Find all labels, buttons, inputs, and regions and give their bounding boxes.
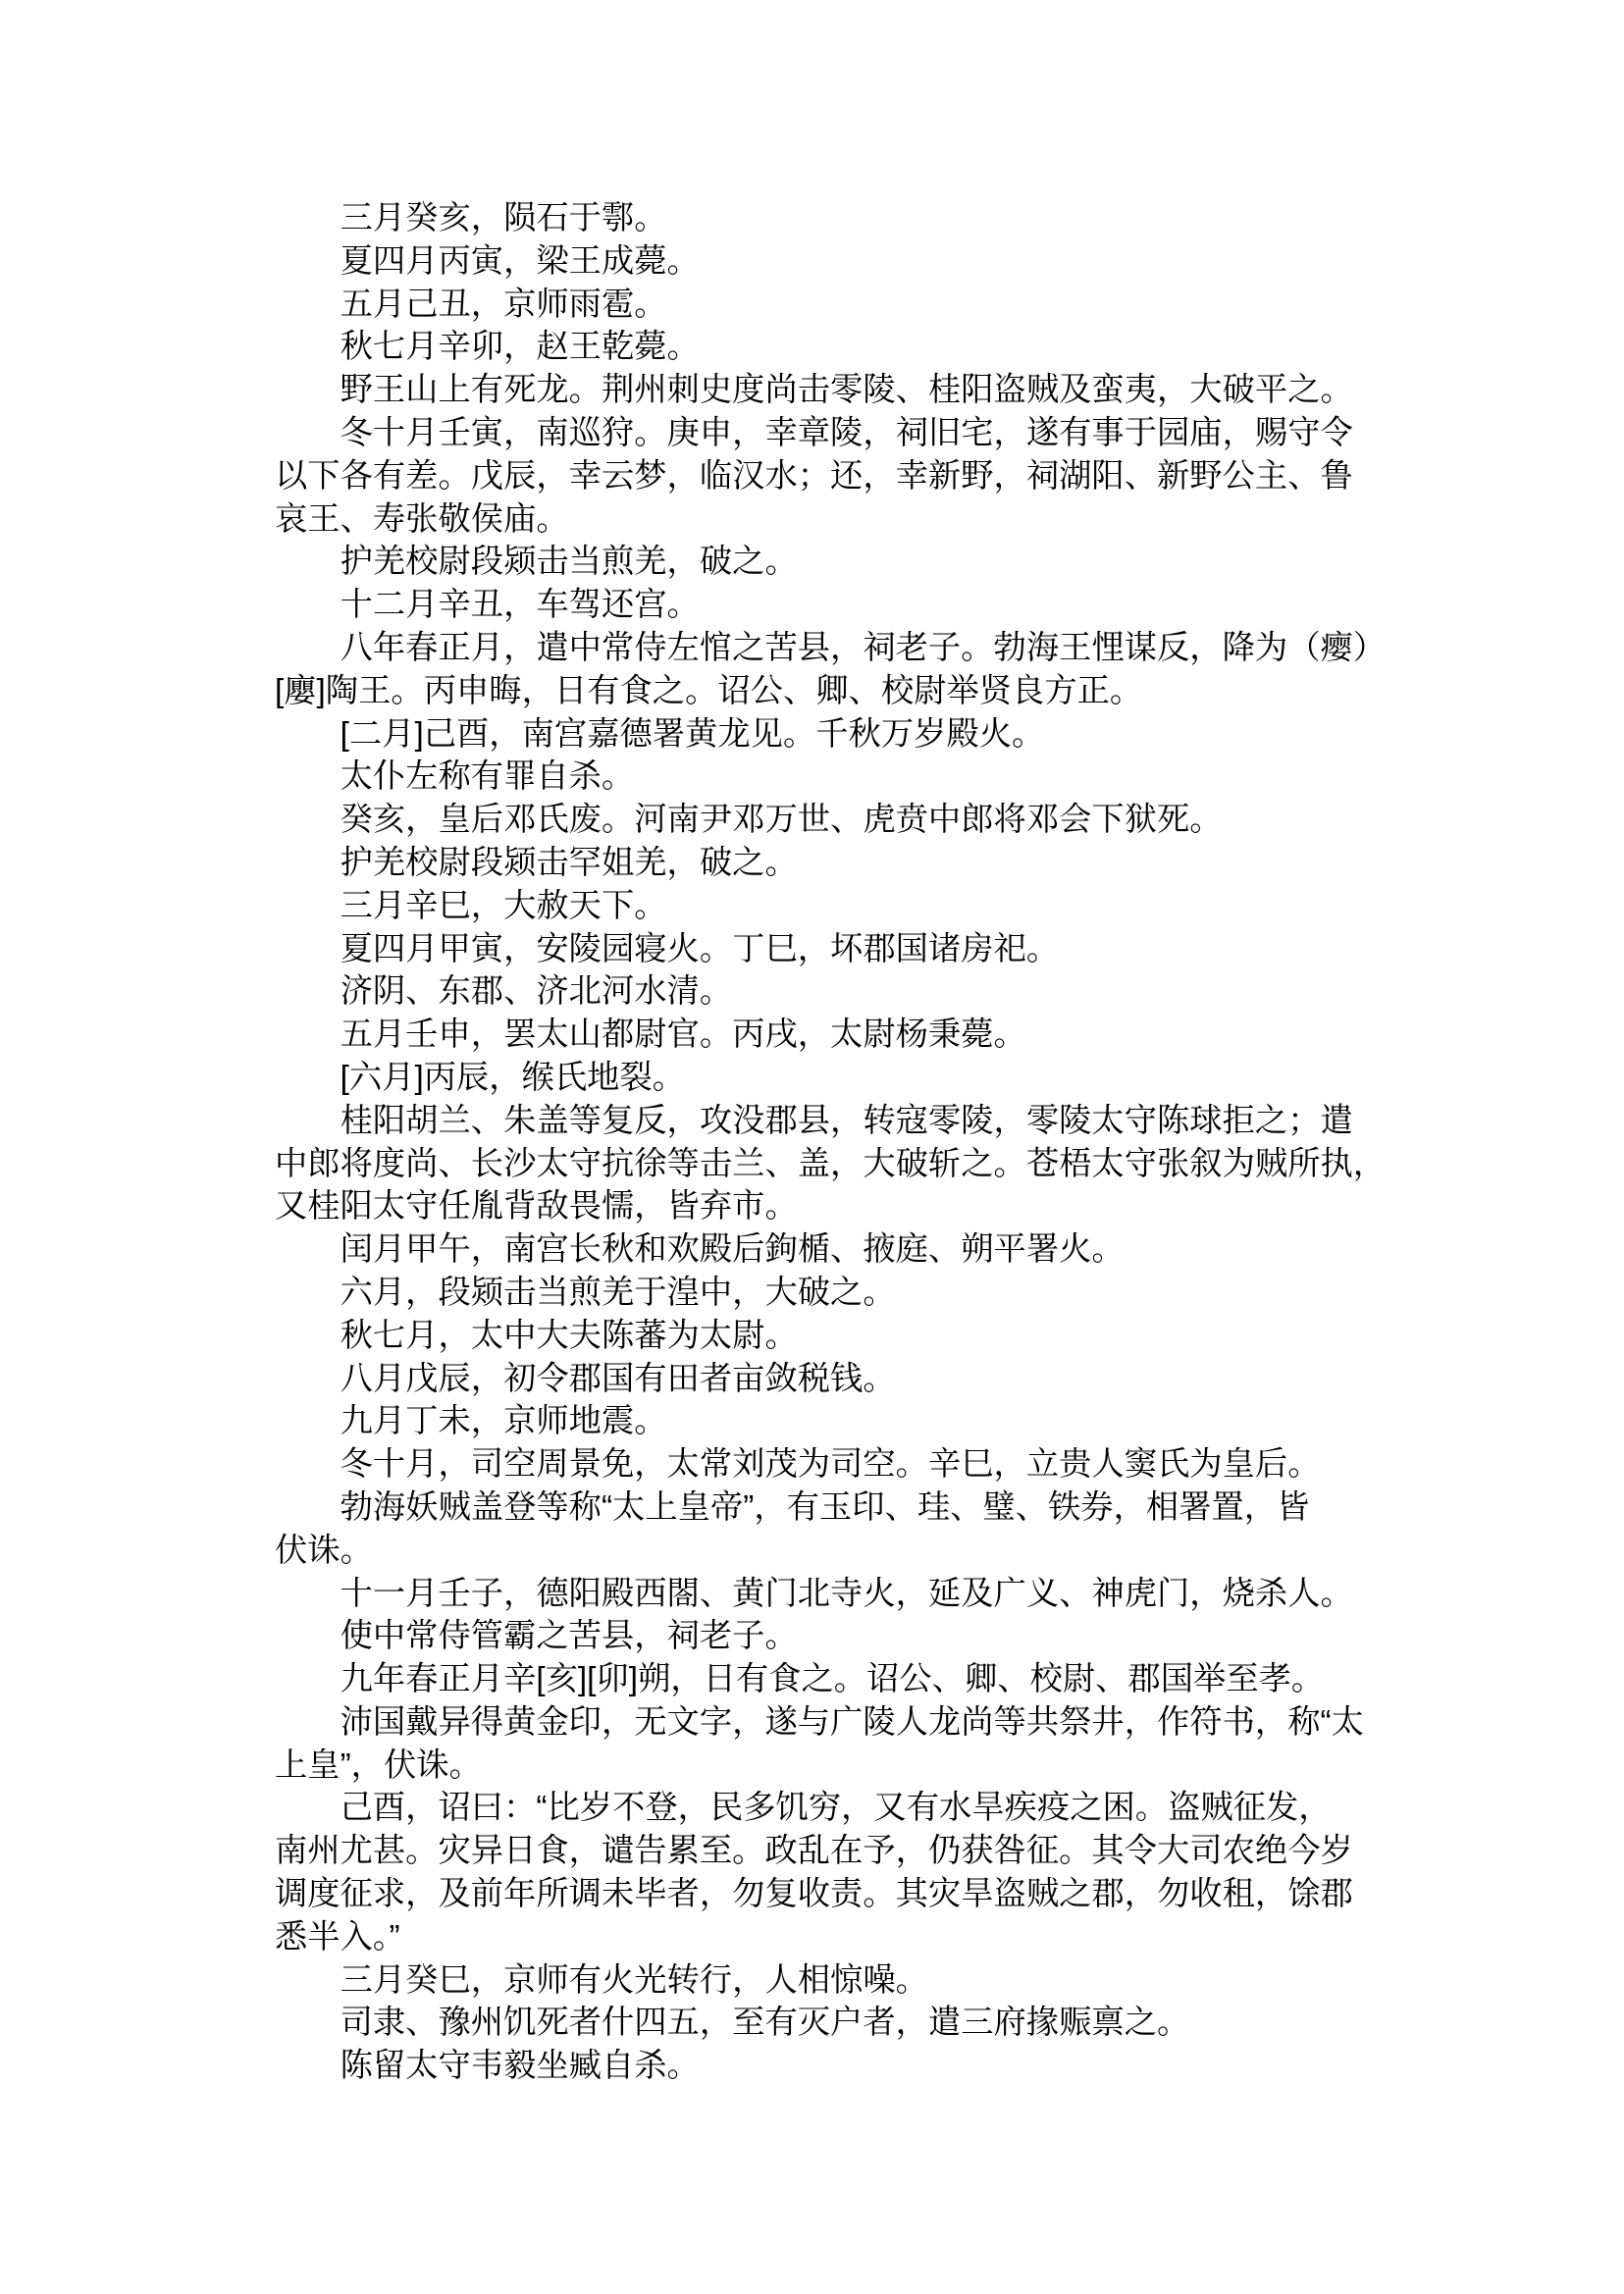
paragraph: 闰月甲午，南宫长秋和欢殿后鉤楯、掖庭、朔平署火。: [275, 1228, 1354, 1272]
text-line: 冬十月，司空周景免，太常刘茂为司空。辛巳，立贵人窦氏为皇后。: [275, 1443, 1354, 1486]
text-line: 闰月甲午，南宫长秋和欢殿后鉤楯、掖庭、朔平署火。: [275, 1228, 1354, 1272]
paragraph: 勃海妖贼盖登等称“太上皇帝”，有玉印、珪、璧、铁券，相署置，皆伏诛。: [275, 1486, 1354, 1573]
paragraph: 冬十月，司空周景免，太常刘茂为司空。辛巳，立贵人窦氏为皇后。: [275, 1443, 1354, 1486]
paragraph: 使中常侍管霸之苦县，祠老子。: [275, 1615, 1354, 1658]
paragraph: 护羌校尉段颎击罕姐羌，破之。: [275, 842, 1354, 885]
paragraph: 十二月辛丑，车驾还宫。: [275, 584, 1354, 627]
text-line: 三月癸巳，京师有火光转行，人相惊噪。: [275, 1959, 1354, 2003]
text-line: 秋七月辛卯，赵王乾薨。: [275, 326, 1354, 369]
text-line: 陈留太守韦毅坐臧自杀。: [275, 2045, 1354, 2088]
document-page: 三月癸亥，陨石于鄠。夏四月丙寅，梁王成薨。五月己丑，京师雨雹。秋七月辛卯，赵王乾…: [0, 0, 1624, 2294]
text-line: 八年春正月，遣中常侍左悺之苦县，祠老子。勃海王悝谋反，降为（瘿）: [275, 627, 1354, 670]
paragraph: 己酉，诏曰：“比岁不登，民多饥穷，又有水旱疾疫之困。盗贼征发，南州尤甚。灾异日食…: [275, 1787, 1354, 1958]
text-line: 沛国戴异得黄金印，无文字，遂与广陵人龙尚等共祭井，作符书，称“太: [275, 1701, 1354, 1745]
text-line: 三月辛巳，大赦天下。: [275, 885, 1354, 928]
text-line: 癸亥，皇后邓氏废。河南尹邓万世、虎贲中郎将邓会下狱死。: [275, 799, 1354, 842]
paragraph: 野王山上有死龙。荆州刺史度尚击零陵、桂阳盗贼及蛮夷，大破平之。: [275, 369, 1354, 412]
paragraph: 三月癸亥，陨石于鄠。: [275, 197, 1354, 240]
paragraph: 癸亥，皇后邓氏废。河南尹邓万世、虎贲中郎将邓会下狱死。: [275, 799, 1354, 842]
paragraph: 三月癸巳，京师有火光转行，人相惊噪。: [275, 1959, 1354, 2003]
text-line: 中郎将度尚、长沙太守抗徐等击兰、盖，大破斩之。苍梧太守张叙为贼所执，: [275, 1143, 1354, 1186]
paragraph: 冬十月壬寅，南巡狩。庚申，幸章陵，祠旧宅，遂有事于园庙，赐守令以下各有差。戊辰，…: [275, 412, 1354, 541]
paragraph: 八年春正月，遣中常侍左悺之苦县，祠老子。勃海王悝谋反，降为（瘿）[廮]陶王。丙申…: [275, 627, 1354, 713]
text-line: 己酉，诏曰：“比岁不登，民多饥穷，又有水旱疾疫之困。盗贼征发，: [275, 1787, 1354, 1830]
text-line: 夏四月丙寅，梁王成薨。: [275, 240, 1354, 284]
paragraph: 五月己丑，京师雨雹。: [275, 284, 1354, 327]
paragraph: 桂阳胡兰、朱盖等复反，攻没郡县，转寇零陵，零陵太守陈球拒之；遣中郎将度尚、长沙太…: [275, 1100, 1354, 1228]
text-line: 又桂阳太守任胤背敌畏懦，皆弃市。: [275, 1185, 1354, 1228]
paragraph: 夏四月甲寅，安陵园寝火。丁巳，坏郡国诸房祀。: [275, 928, 1354, 971]
paragraph: 沛国戴异得黄金印，无文字，遂与广陵人龙尚等共祭井，作符书，称“太上皇”，伏诛。: [275, 1701, 1354, 1788]
paragraph: 太仆左称有罪自杀。: [275, 756, 1354, 799]
text-line: 司隶、豫州饥死者什四五，至有灭户者，遣三府掾赈禀之。: [275, 2002, 1354, 2045]
text-line: 南州尤甚。灾异日食，谴告累至。政乱在予，仍获咎征。其令大司农绝今岁: [275, 1830, 1354, 1873]
text-line: 六月，段颎击当煎羌于湟中，大破之。: [275, 1272, 1354, 1315]
text-line: 冬十月壬寅，南巡狩。庚申，幸章陵，祠旧宅，遂有事于园庙，赐守令: [275, 412, 1354, 455]
paragraph: 九年春正月辛[亥][卯]朔，日有食之。诏公、卿、校尉、郡国举至孝。: [275, 1658, 1354, 1701]
paragraph: 济阴、东郡、济北河水清。: [275, 970, 1354, 1014]
text-line: 上皇”，伏诛。: [275, 1745, 1354, 1788]
paragraph: 六月，段颎击当煎羌于湟中，大破之。: [275, 1272, 1354, 1315]
text-line: 护羌校尉段颎击罕姐羌，破之。: [275, 842, 1354, 885]
paragraph: 秋七月辛卯，赵王乾薨。: [275, 326, 1354, 369]
paragraph: 夏四月丙寅，梁王成薨。: [275, 240, 1354, 284]
text-line: 使中常侍管霸之苦县，祠老子。: [275, 1615, 1354, 1658]
text-line: 九年春正月辛[亥][卯]朔，日有食之。诏公、卿、校尉、郡国举至孝。: [275, 1658, 1354, 1701]
text-line: 调度征求，及前年所调未毕者，勿复收责。其灾旱盗贼之郡，勿收租，馀郡: [275, 1873, 1354, 1916]
text-line: [二月]己酉，南宫嘉德署黄龙见。千秋万岁殿火。: [275, 713, 1354, 756]
paragraph: 十一月壬子，德阳殿西閤、黄门北寺火，延及广义、神虎门，烧杀人。: [275, 1573, 1354, 1616]
paragraph: 五月壬申，罢太山都尉官。丙戌，太尉杨秉薨。: [275, 1014, 1354, 1057]
paragraph: 九月丁未，京师地震。: [275, 1400, 1354, 1443]
text-line: 秋七月，太中大夫陈蕃为太尉。: [275, 1315, 1354, 1358]
text-line: 夏四月甲寅，安陵园寝火。丁巳，坏郡国诸房祀。: [275, 928, 1354, 971]
text-line: 十一月壬子，德阳殿西閤、黄门北寺火，延及广义、神虎门，烧杀人。: [275, 1573, 1354, 1616]
text-line: 野王山上有死龙。荆州刺史度尚击零陵、桂阳盗贼及蛮夷，大破平之。: [275, 369, 1354, 412]
text-line: [六月]丙辰，缑氏地裂。: [275, 1057, 1354, 1100]
text-line: 五月己丑，京师雨雹。: [275, 284, 1354, 327]
text-line: 五月壬申，罢太山都尉官。丙戌，太尉杨秉薨。: [275, 1014, 1354, 1057]
text-line: 济阴、东郡、济北河水清。: [275, 970, 1354, 1014]
text-line: 八月戊辰，初令郡国有田者亩敛税钱。: [275, 1358, 1354, 1401]
text-line: 太仆左称有罪自杀。: [275, 756, 1354, 799]
paragraph: 八月戊辰，初令郡国有田者亩敛税钱。: [275, 1358, 1354, 1401]
text-line: 伏诛。: [275, 1530, 1354, 1573]
text-line: 悉半入。”: [275, 1916, 1354, 1959]
text-line: 哀王、寿张敬侯庙。: [275, 498, 1354, 542]
text-line: 三月癸亥，陨石于鄠。: [275, 197, 1354, 240]
paragraph: 司隶、豫州饥死者什四五，至有灭户者，遣三府掾赈禀之。: [275, 2002, 1354, 2045]
paragraph: [六月]丙辰，缑氏地裂。: [275, 1057, 1354, 1100]
text-line: 桂阳胡兰、朱盖等复反，攻没郡县，转寇零陵，零陵太守陈球拒之；遣: [275, 1100, 1354, 1143]
text-block: 三月癸亥，陨石于鄠。夏四月丙寅，梁王成薨。五月己丑，京师雨雹。秋七月辛卯，赵王乾…: [275, 197, 1354, 2088]
text-line: 十二月辛丑，车驾还宫。: [275, 584, 1354, 627]
paragraph: 三月辛巳，大赦天下。: [275, 885, 1354, 928]
text-line: 护羌校尉段颎击当煎羌，破之。: [275, 541, 1354, 584]
text-line: 九月丁未，京师地震。: [275, 1400, 1354, 1443]
paragraph: 秋七月，太中大夫陈蕃为太尉。: [275, 1315, 1354, 1358]
text-line: 勃海妖贼盖登等称“太上皇帝”，有玉印、珪、璧、铁券，相署置，皆: [275, 1486, 1354, 1530]
paragraph: 陈留太守韦毅坐臧自杀。: [275, 2045, 1354, 2088]
text-line: 以下各有差。戊辰，幸云梦，临汉水；还，幸新野，祠湖阳、新野公主、鲁: [275, 455, 1354, 498]
paragraph: 护羌校尉段颎击当煎羌，破之。: [275, 541, 1354, 584]
text-line: [廮]陶王。丙申晦，日有食之。诏公、卿、校尉举贤良方正。: [275, 670, 1354, 713]
paragraph: [二月]己酉，南宫嘉德署黄龙见。千秋万岁殿火。: [275, 713, 1354, 756]
